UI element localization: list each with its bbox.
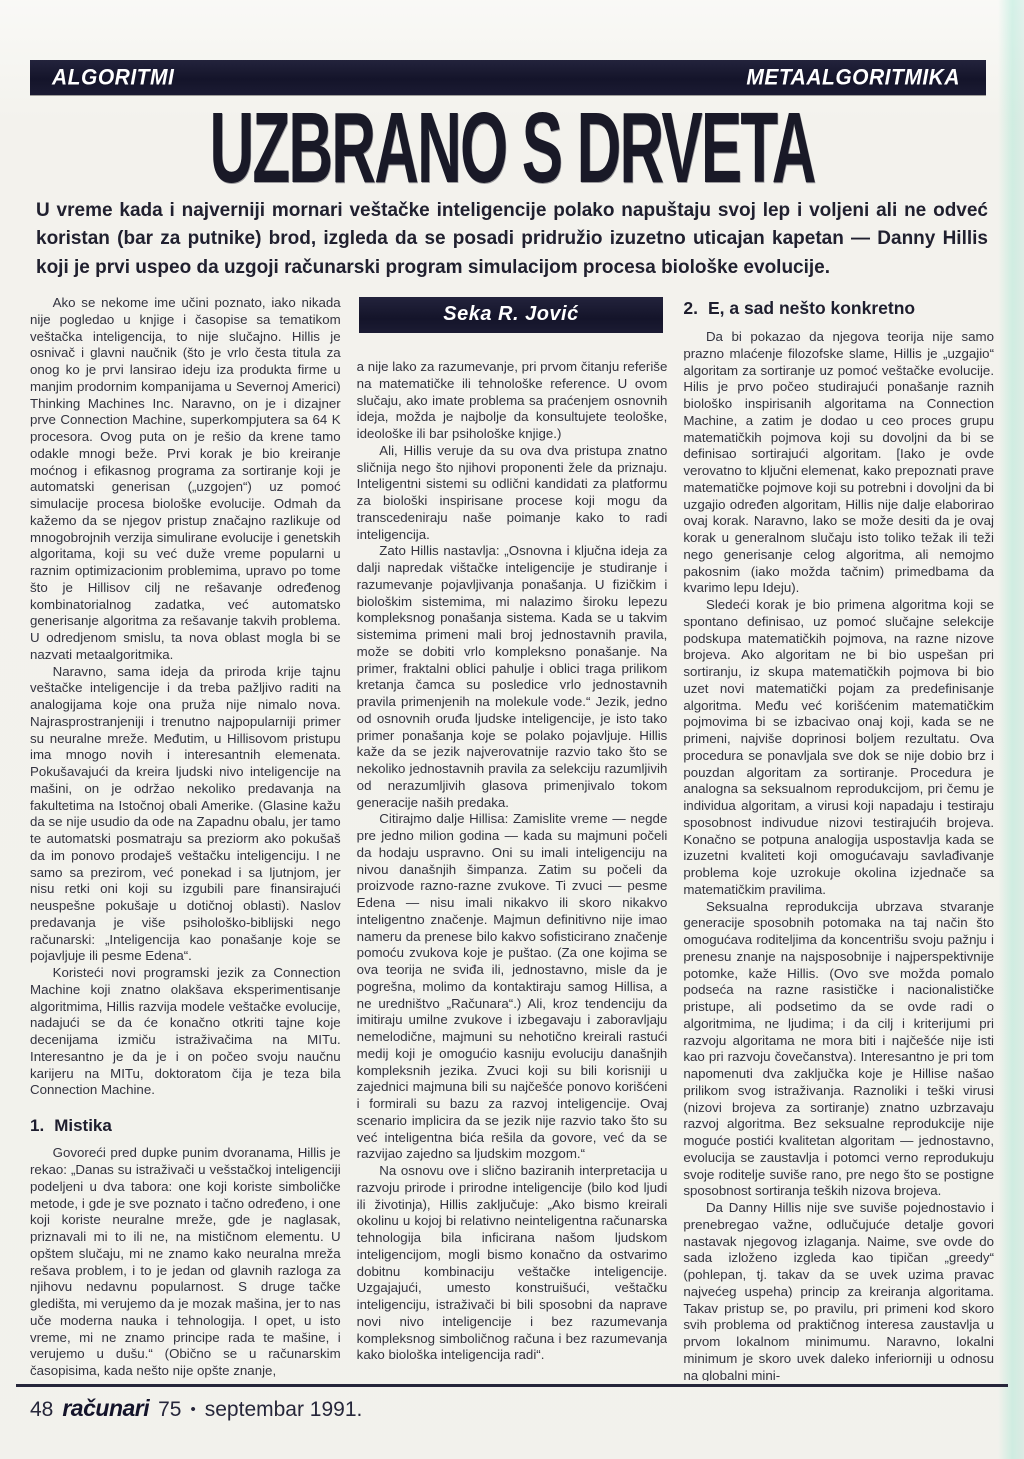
paragraph: Zato Hillis nastavlja: „Osnovna i ključn…: [357, 543, 668, 811]
column-left: Ako se nekome ime učini poznato, iako ni…: [30, 295, 341, 1381]
paragraph: Seksualna reprodukcija ubrzava stvaranje…: [683, 899, 994, 1201]
paragraph: a nije lako za razumevanje, pri prvom či…: [357, 359, 668, 443]
scan-edge-artifact: [998, 0, 1024, 1459]
paragraph: Naravno, sama ideja da priroda krije taj…: [30, 664, 341, 966]
section-number: 1.: [30, 1116, 44, 1135]
paragraph: Ali, Hillis veruje da su ova dva pristup…: [357, 443, 668, 544]
article-body: Ako se nekome ime učini poznato, iako ni…: [30, 295, 994, 1381]
paragraph: Da bi pokazao da njegova teorija nije sa…: [683, 329, 994, 597]
headline-wrap: UZBRANO S DRVETA: [0, 102, 1024, 194]
paragraph: Govoreći pred dupke punim dvoranama, Hil…: [30, 1145, 341, 1380]
section-heading-konkretno: 2.E, a sad nešto konkretno: [683, 297, 994, 319]
issue-date: septembar 1991.: [205, 1398, 363, 1422]
page-number: 48: [30, 1398, 53, 1422]
paragraph: Koristeći novi programski jezik za Conne…: [30, 965, 341, 1099]
standfirst: U vreme kada i najverniji mornari veštač…: [36, 196, 988, 281]
byline-bar: Seka R. Jović: [359, 297, 664, 333]
section-heading-mistika: 1.Mistika: [30, 1115, 341, 1136]
article-title: UZBRANO S DRVETA: [209, 102, 814, 194]
rubric-bar: ALGORITMI METAALGORITMIKA: [30, 60, 986, 95]
paragraph: Sledeći korak je bio primena algoritma k…: [683, 597, 994, 899]
issue-number: 75: [158, 1398, 181, 1422]
bullet-separator: •: [190, 1401, 195, 1418]
paragraph: Ako se nekome ime učini poznato, iako ni…: [30, 295, 341, 664]
paragraph: Citirajmo dalje Hillisa: Zamislite vreme…: [357, 811, 668, 1163]
column-right: 2.E, a sad nešto konkretno Da bi pokazao…: [683, 295, 994, 1381]
section-number: 2.: [683, 298, 698, 318]
magazine-page: ALGORITMI METAALGORITMIKA UZBRANO S DRVE…: [0, 0, 1024, 1459]
section-title: E, a sad nešto konkretno: [708, 298, 915, 318]
footer: 48 računari 75 • septembar 1991.: [30, 1395, 362, 1422]
footer-rule: [16, 1384, 1008, 1387]
paragraph: Da Danny Hillis nije sve suviše pojednos…: [683, 1200, 994, 1381]
rubric-left-label: ALGORITMI: [52, 65, 174, 90]
section-title: Mistika: [54, 1116, 112, 1135]
paragraph: Na osnovu ove i slično baziranih interpr…: [357, 1163, 668, 1364]
column-center: Seka R. Jović a nije lako za razumevanje…: [357, 295, 668, 1381]
rubric-right-label: METAALGORITMIKA: [746, 65, 960, 90]
magazine-name: računari: [62, 1395, 149, 1422]
